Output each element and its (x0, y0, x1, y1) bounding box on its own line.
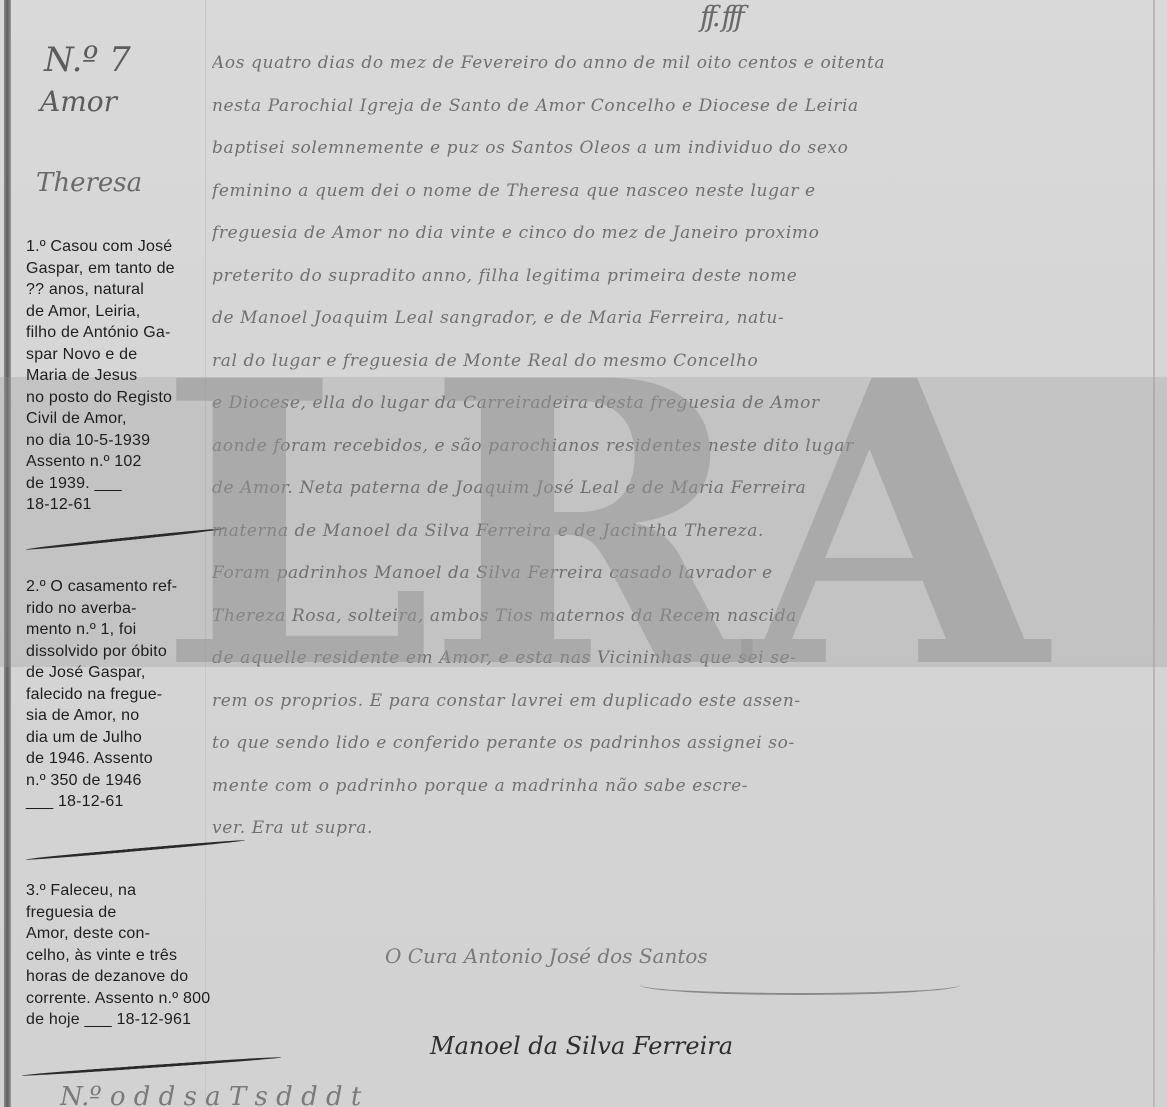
note-line: de José Gaspar, (26, 662, 226, 684)
body-line: preterito do supradito anno, filha legit… (212, 255, 1132, 298)
note-line: Civil de Amor, (26, 408, 226, 430)
body-line: ral do lugar e freguesia de Monte Real d… (212, 340, 1132, 383)
note-line: ?? anos, natural (26, 279, 226, 301)
entry-name: Theresa (36, 168, 142, 198)
note-line: filho de António Ga- (26, 322, 226, 344)
entry-number: N.º 7 (44, 40, 131, 80)
body-line: de Manoel Joaquim Leal sangrador, e de M… (212, 297, 1132, 340)
body-line: materna de Manoel da Silva Ferreira e de… (212, 510, 1132, 553)
note-line: dissolvido por óbito (26, 641, 226, 663)
entry-body: Aos quatro dias do mez de Fevereiro do a… (212, 42, 1132, 850)
body-line: Thereza Rosa, solteira, ambos Tios mater… (212, 595, 1132, 638)
body-line: ver. Era ut supra. (212, 807, 1132, 850)
note-line: 2.º O casamento ref- (26, 576, 226, 598)
godfather-signature: Manoel da Silva Ferreira (430, 1032, 733, 1060)
note-line: Assento n.º 102 (26, 451, 226, 473)
body-line: mente com o padrinho porque a madrinha n… (212, 765, 1132, 808)
note-line: n.º 350 de 1946 (26, 770, 226, 792)
note-line: celho, às vinte e três (26, 945, 226, 967)
note-line: 3.º Faleceu, na (26, 880, 226, 902)
note-line: corrente. Assento n.º 800 (26, 988, 226, 1010)
note-line: rido no averba- (26, 598, 226, 620)
note-line: dia um de Julho (26, 727, 226, 749)
note-line: no posto do Registo (26, 387, 226, 409)
note-line: de hoje ___ 18-12-961 (26, 1009, 226, 1031)
note-line: horas de dezanove do (26, 966, 226, 988)
document-page: ff. fff N.º 7 Amor Theresa Aos quatro di… (0, 0, 1167, 1107)
note-separator-scribble (26, 839, 245, 861)
body-line: Aos quatro dias do mez de Fevereiro do a… (212, 42, 1132, 85)
note-line: 18-12-61 (26, 494, 226, 516)
note-line: freguesia de (26, 902, 226, 924)
note-line: spar Novo e de (26, 344, 226, 366)
note-line: Amor, deste con- (26, 923, 226, 945)
note-line: Maria de Jesus (26, 365, 226, 387)
note-separator-scribble (22, 1056, 282, 1077)
body-line: Foram padrinhos Manoel da Silva Ferreira… (212, 552, 1132, 595)
body-line: rem os proprios. E para constar lavrei e… (212, 680, 1132, 723)
body-line: to que sendo lido e conferido perante os… (212, 722, 1132, 765)
margin-note-2: 2.º O casamento ref- rido no averba- men… (26, 576, 226, 813)
top-flourish: ff. fff (700, 0, 741, 33)
margin-note-1: 1.º Casou com José Gaspar, em tanto de ?… (26, 236, 226, 516)
body-line: freguesia de Amor no dia vinte e cinco d… (212, 212, 1132, 255)
margin-note-3: 3.º Faleceu, na freguesia de Amor, deste… (26, 880, 226, 1031)
note-line: de 1939. ___ (26, 473, 226, 495)
note-line: mento n.º 1, foi (26, 619, 226, 641)
note-line: 1.º Casou com José (26, 236, 226, 258)
body-line: e Diocese, ella do lugar da Carreiradeir… (212, 382, 1132, 425)
note-line: ___ 18-12-61 (26, 791, 226, 813)
note-line: no dia 10-5-1939 (26, 430, 226, 452)
next-entry-partial: N.º o d d s a T s d d d t (60, 1082, 361, 1107)
note-line: falecido na fregue- (26, 684, 226, 706)
body-line: de aquelle residente em Amor, e esta nas… (212, 637, 1132, 680)
body-line: feminino a quem dei o nome de Theresa qu… (212, 170, 1132, 213)
priest-signature: O Cura Antonio José dos Santos (385, 944, 708, 968)
note-line: de 1946. Assento (26, 748, 226, 770)
body-line: nesta Parochial Igreja de Santo de Amor … (212, 85, 1132, 128)
body-line: baptisei solemnemente e puz os Santos Ol… (212, 127, 1132, 170)
note-line: sia de Amor, no (26, 705, 226, 727)
note-line: Gaspar, em tanto de (26, 258, 226, 280)
body-line: aonde foram recebidos, e são parochianos… (212, 425, 1132, 468)
note-line: de Amor, Leiria, (26, 301, 226, 323)
body-line: de Amor. Neta paterna de Joaquim José Le… (212, 467, 1132, 510)
signature-flourish (640, 975, 960, 995)
entry-place: Amor (40, 85, 117, 118)
